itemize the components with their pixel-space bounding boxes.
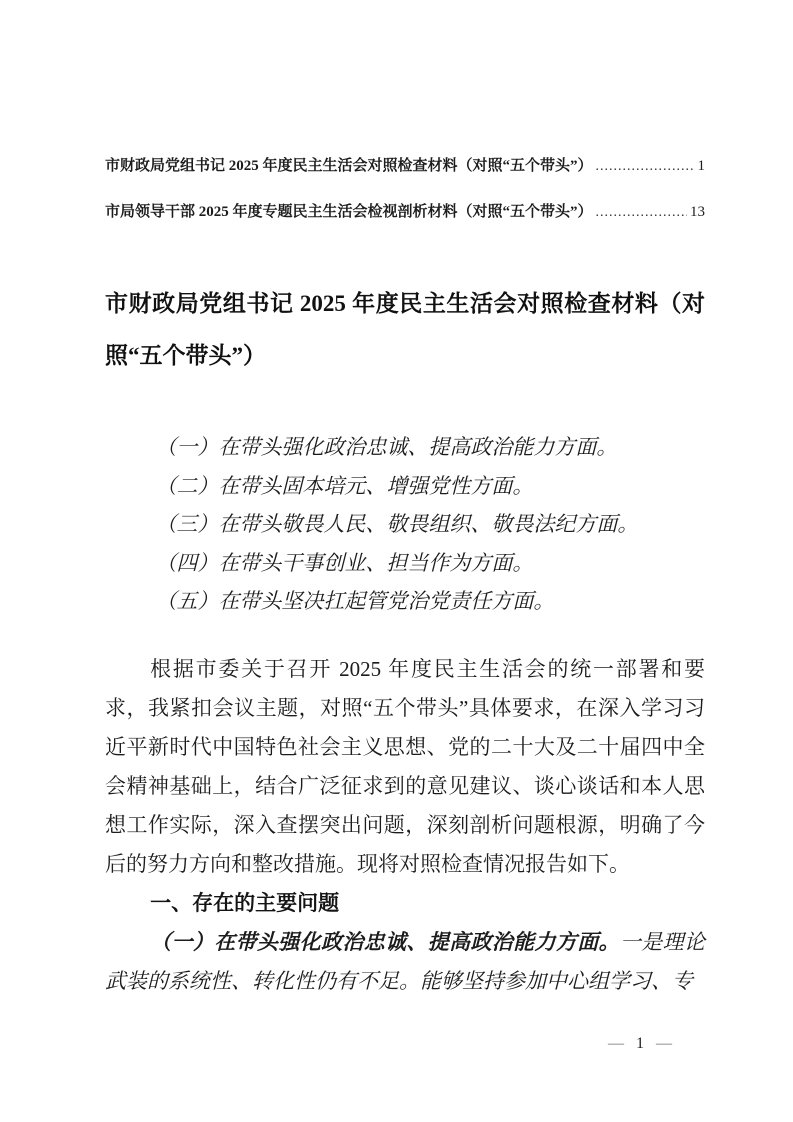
footer-page-number: 1 [636, 1035, 644, 1052]
document-title: 市财政局党组书记 2025 年度民主生活会对照检查材料（对照“五个带头”） [105, 278, 705, 382]
toc-dot-leader [596, 201, 687, 225]
overview-item-2: （二）在带头固本培元、增强党性方面。 [105, 467, 705, 506]
toc-entry[interactable]: 市财政局党组书记 2025 年度民主生活会对照检查材料（对照“五个带头”） 1 [105, 154, 705, 179]
toc-entry-title: 市财政局党组书记 2025 年度民主生活会对照检查材料（对照“五个带头”） [105, 154, 593, 178]
intro-paragraph: 根据市委关于召开 2025 年度民主生活会的统一部署和要求，我紧扣会议主题，对照… [105, 650, 705, 884]
document-page: 市财政局党组书记 2025 年度民主生活会对照检查材料（对照“五个带头”） 1 … [0, 0, 793, 1122]
overview-item-5: （五）在带头坚决扛起管党治党责任方面。 [105, 582, 705, 621]
toc-entry[interactable]: 市局领导干部 2025 年度专题民主生活会检视剖析材料（对照“五个带头”） 13 [105, 200, 705, 225]
overview-list: （一）在带头强化政治忠诚、提高政治能力方面。 （二）在带头固本培元、增强党性方面… [105, 428, 705, 621]
overview-item-1: （一）在带头强化政治忠诚、提高政治能力方面。 [105, 428, 705, 467]
toc-page-number: 13 [690, 200, 705, 224]
toc-page-number: 1 [698, 154, 706, 178]
overview-item-3: （三）在带头敬畏人民、敬畏组织、敬畏法纪方面。 [105, 505, 705, 544]
document-body: 根据市委关于召开 2025 年度民主生活会的统一部署和要求，我紧扣会议主题，对照… [105, 650, 705, 1001]
table-of-contents: 市财政局党组书记 2025 年度民主生活会对照检查材料（对照“五个带头”） 1 … [105, 154, 705, 225]
subsection-lead: （一）在带头强化政治忠诚、提高政治能力方面。 [150, 930, 620, 954]
footer-dash-left: — [608, 1035, 624, 1052]
toc-entry-title: 市局领导干部 2025 年度专题民主生活会检视剖析材料（对照“五个带头”） [105, 200, 593, 224]
section-heading: 一、存在的主要问题 [105, 884, 705, 923]
subsection-paragraph: （一）在带头强化政治忠诚、提高政治能力方面。一是理论武装的系统性、转化性仍有不足… [105, 923, 705, 1001]
overview-item-4: （四）在带头干事创业、担当作为方面。 [105, 544, 705, 583]
footer-dash-right: — [656, 1035, 672, 1052]
toc-dot-leader [596, 155, 695, 179]
page-footer: —1— [608, 1034, 672, 1054]
